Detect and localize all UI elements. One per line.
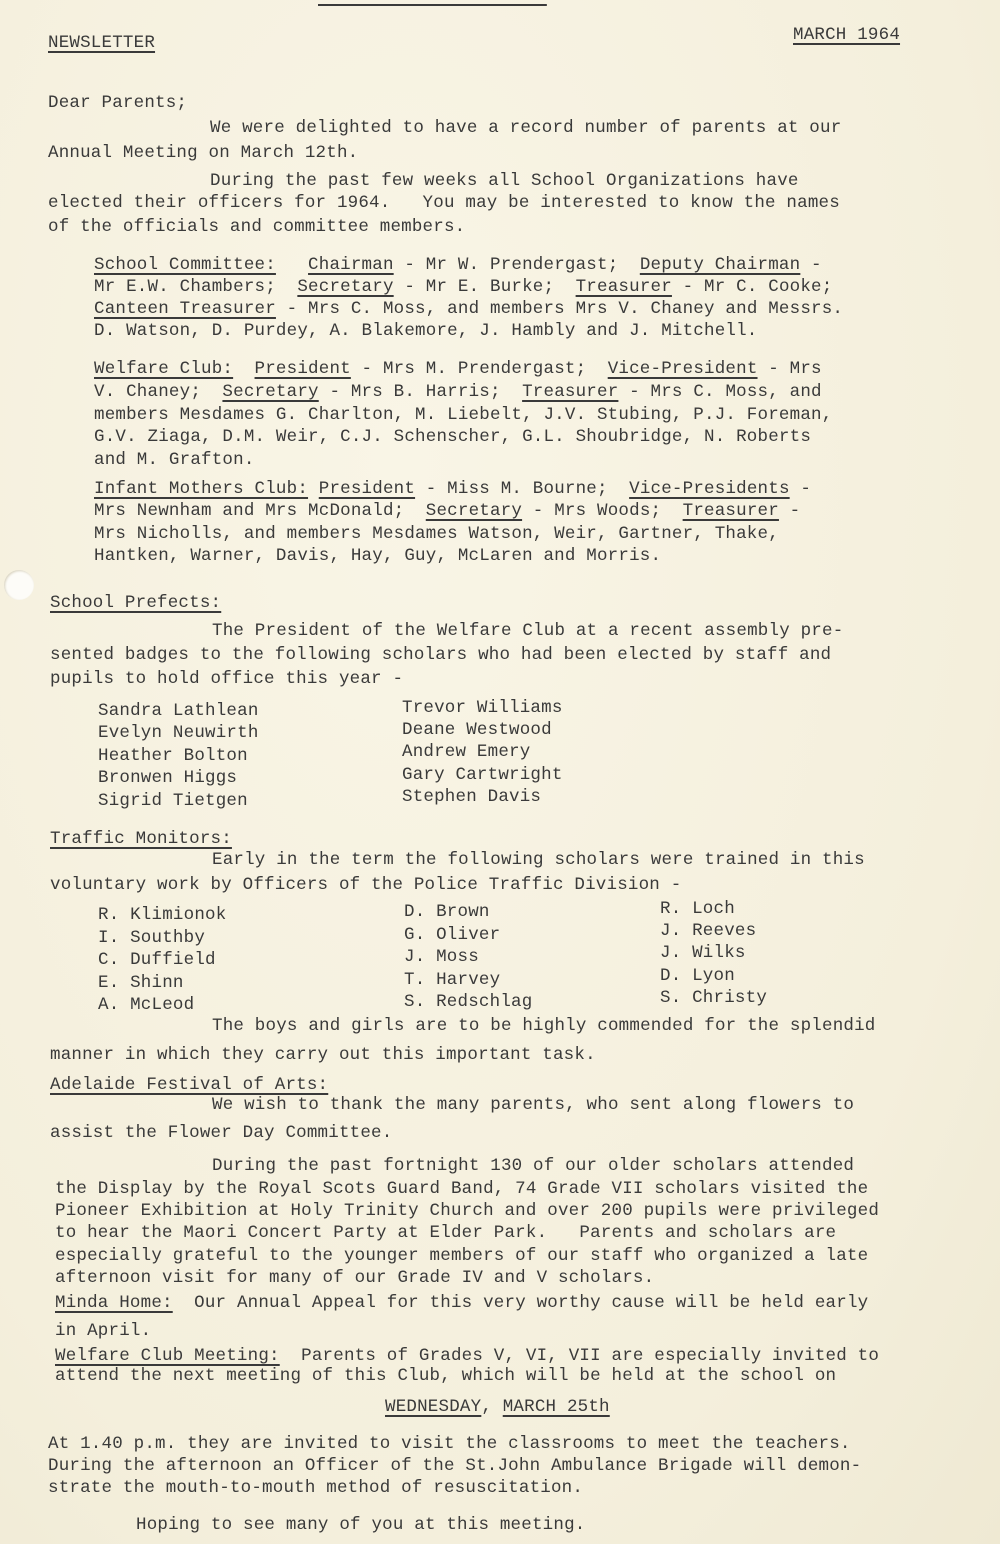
meeting-details: During the afternoon an Officer of the S… [48,1455,861,1477]
welfare-club-line-5: and M. Grafton. [94,449,255,471]
welfare-club-line-1: Welfare Club: President - Mrs M. Prender… [94,358,822,380]
monitor-name: R. Loch [660,898,735,920]
traffic-closing: The boys and girls are to be highly comm… [212,1015,876,1037]
prefect-name: Trevor Williams [402,697,563,719]
prefects-text: pupils to hold office this year - [50,668,403,690]
role-label: Vice-Presidents [629,479,790,499]
traffic-text: voluntary work by Officers of the Police… [50,874,681,896]
festival-heading: Adelaide Festival of Arts: [50,1074,328,1096]
prefect-name: Sandra Lathlean [98,700,259,722]
festival-text: to hear the Maori Concert Party at Elder… [55,1222,836,1244]
infant-mothers-line-3: Mrs Nicholls, and members Mesdames Watso… [94,523,779,545]
monitor-name: S. Christy [660,987,767,1009]
meeting-date: WEDNESDAY, MARCH 25th [385,1396,610,1418]
festival-text: the Display by the Royal Scots Guard Ban… [55,1178,868,1200]
doc-date: MARCH 1964 [793,24,900,46]
role-label: Vice-President [608,359,758,379]
festival-text: assist the Flower Day Committee. [50,1122,392,1144]
meeting-line-2: attend the next meeting of this Club, wh… [55,1365,836,1387]
school-name: ELIZABETH SOUTH SCHOOL [318,0,547,8]
monitor-name: E. Shinn [98,972,184,994]
monitor-name: J. Wilks [660,942,746,964]
role-label: Canteen Treasurer [94,299,276,319]
prefect-name: Stephen Davis [402,786,541,808]
intro-line: During the past few weeks all School Org… [210,170,799,192]
infant-mothers-line-2: Mrs Newnham and Mrs McDonald; Secretary … [94,500,800,522]
intro-line: of the officials and committee members. [48,216,465,238]
role-label: Secretary [297,277,393,297]
monitor-name: D. Brown [404,901,490,923]
prefect-name: Deane Westwood [402,719,552,741]
minda-line-2: in April. [55,1320,151,1342]
doc-type-heading: NEWSLETTER [48,32,155,54]
infant-mothers-line-1: Infant Mothers Club: President - Miss M.… [94,478,811,500]
prefect-name: Andrew Emery [402,741,530,763]
welfare-club-line-2: V. Chaney; Secretary - Mrs B. Harris; Tr… [94,381,822,403]
role-label: Secretary [222,382,318,402]
prefect-name: Evelyn Neuwirth [98,722,259,744]
monitor-name: R. Klimionok [98,904,226,926]
meeting-details: At 1.40 p.m. they are invited to visit t… [48,1433,851,1455]
prefects-text: The President of the Welfare Club at a r… [212,620,843,642]
role-label: Chairman [308,255,394,275]
closing-line: Hoping to see many of you at this meetin… [136,1514,585,1536]
intro-line: We were delighted to have a record numbe… [210,117,841,139]
role-label: Treasurer [576,277,672,297]
role-label: Secretary [426,501,522,521]
meeting-line-1: Welfare Club Meeting: Parents of Grades … [55,1345,879,1367]
traffic-text: Early in the term the following scholars… [212,849,865,871]
traffic-closing: manner in which they carry out this impo… [50,1044,596,1066]
school-committee-line-3: Canteen Treasurer - Mrs C. Moss, and mem… [94,298,843,320]
role-label: Deputy Chairman [640,255,801,275]
intro-line: elected their officers for 1964. You may… [48,192,840,214]
prefects-heading: School Prefects: [50,592,221,614]
welfare-club-line-3: members Mesdames G. Charlton, M. Liebelt… [94,404,832,426]
monitor-name: J. Moss [404,946,479,968]
school-committee-line-1: School Committee: Chairman - Mr W. Prend… [94,254,822,276]
monitor-name: D. Lyon [660,965,735,987]
role-label: President [319,479,415,499]
welfare-club-heading: Welfare Club: [94,359,233,379]
monitor-name: C. Duffield [98,949,216,971]
prefect-name: Sigrid Tietgen [98,790,248,812]
monitor-name: I. Southby [98,927,205,949]
intro-line: Annual Meeting on March 12th. [48,142,358,164]
school-committee-line-4: D. Watson, D. Purdey, A. Blakemore, J. H… [94,320,758,342]
festival-text: especially grateful to the younger membe… [55,1245,868,1267]
punch-hole [4,570,34,600]
prefects-text: sented badges to the following scholars … [50,644,831,666]
salutation: Dear Parents; [48,92,187,114]
role-label: Treasurer [683,501,779,521]
meeting-date-value: MARCH 25th [503,1397,610,1417]
role-label: Treasurer [522,382,618,402]
infant-mothers-line-4: Hantken, Warner, Davis, Hay, Guy, McLare… [94,545,661,567]
school-committee-line-2: Mr E.W. Chambers; Secretary - Mr E. Burk… [94,276,832,298]
festival-text: During the past fortnight 130 of our old… [212,1155,854,1177]
newsletter-page: ELIZABETH SOUTH SCHOOL NEWSLETTER MARCH … [0,0,1000,1544]
role-label: President [255,359,351,379]
monitor-name: G. Oliver [404,924,500,946]
prefect-name: Bronwen Higgs [98,767,237,789]
monitor-name: A. McLeod [98,994,194,1016]
meeting-day: WEDNESDAY [385,1397,481,1417]
prefect-name: Heather Bolton [98,745,248,767]
welfare-club-line-4: G.V. Ziaga, D.M. Weir, C.J. Schenscher, … [94,426,811,448]
minda-line-1: Minda Home: Our Annual Appeal for this v… [55,1292,868,1314]
monitor-name: S. Redschlag [404,991,532,1013]
infant-mothers-heading: Infant Mothers Club: [94,479,308,499]
prefect-name: Gary Cartwright [402,764,563,786]
traffic-heading: Traffic Monitors: [50,828,232,850]
monitor-name: J. Reeves [660,920,756,942]
festival-text: We wish to thank the many parents, who s… [212,1094,854,1116]
festival-text: afternoon visit for many of our Grade IV… [55,1267,654,1289]
meeting-details: strate the mouth-to-mouth method of resu… [48,1477,583,1499]
festival-text: Pioneer Exhibition at Holy Trinity Churc… [55,1200,879,1222]
school-committee-heading: School Committee: [94,255,276,275]
meeting-heading: Welfare Club Meeting: [55,1346,280,1366]
monitor-name: T. Harvey [404,969,500,991]
minda-heading: Minda Home: [55,1293,173,1313]
